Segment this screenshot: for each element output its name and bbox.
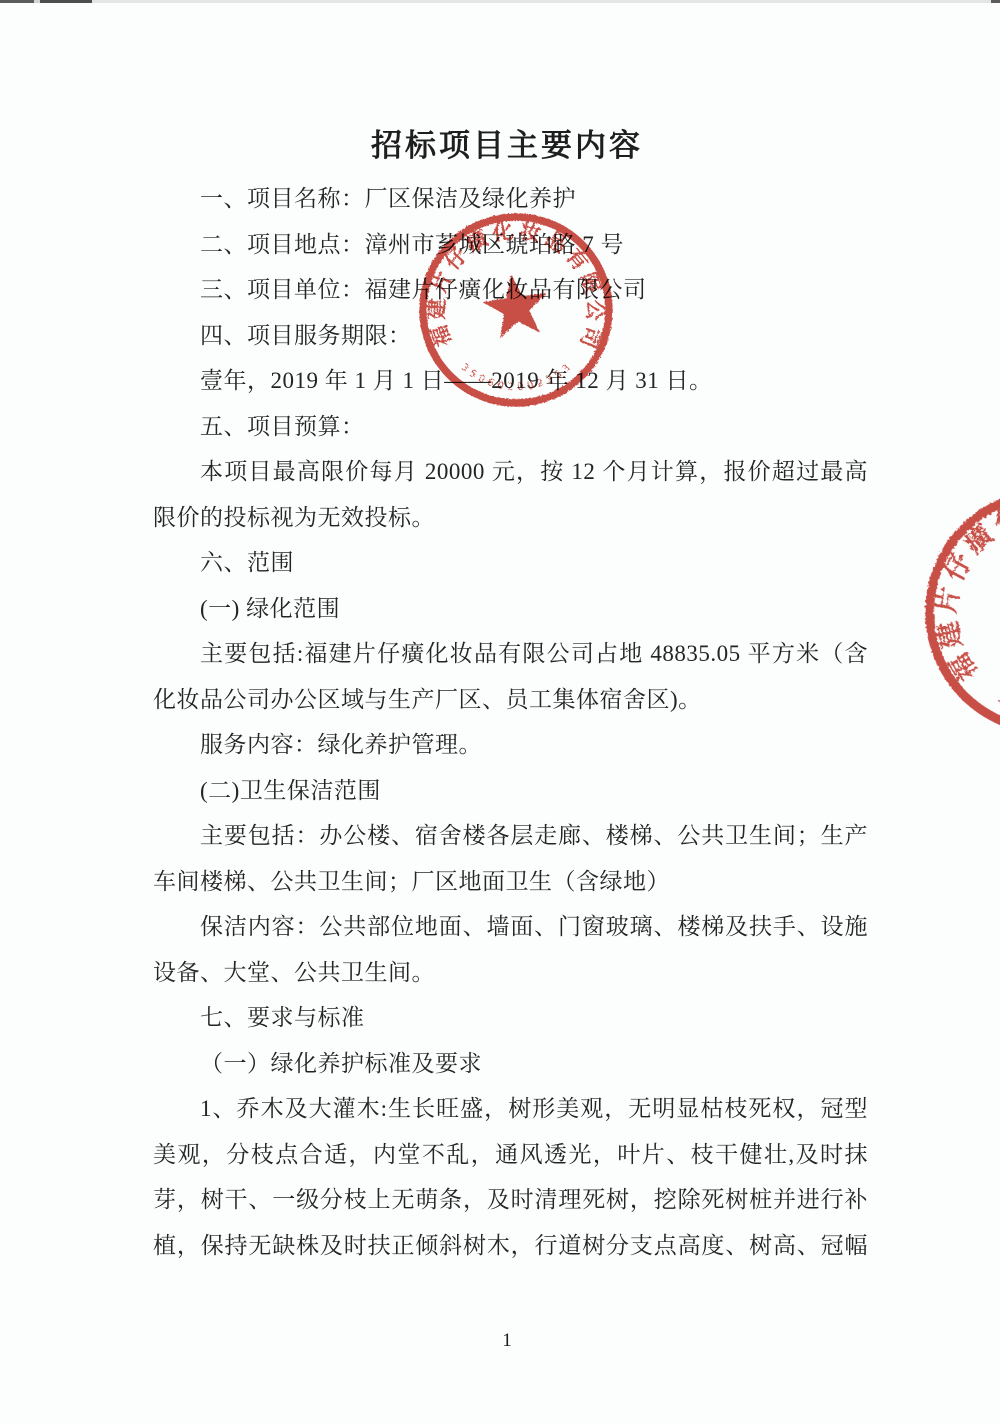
scanned-document-page: 招标项目主要内容 一、项目名称：厂区保洁及绿化养护二、项目地点：漳州市芗城区琥珀… <box>0 0 1000 1425</box>
svg-text:福建片仔癀化妆品有限公司: 福建片仔癀化妆品有限公司 <box>908 472 1000 695</box>
document-line: 主要包括:福建片仔癀化妆品有限公司占地 48835.05 平方米（含 <box>153 631 868 677</box>
page-number: 1 <box>0 1330 1000 1352</box>
document-line: 主要包括：办公楼、宿舍楼各层走廊、楼梯、公共卫生间；生产 <box>153 813 868 859</box>
document-line: 限价的投标视为无效投标。 <box>153 495 868 541</box>
document-line: 保洁内容：公共部位地面、墙面、门窗玻璃、楼梯及扶手、设施 <box>153 904 868 950</box>
document-line: 本项目最高限价每月 20000 元，按 12 个月计算，报价超过最高 <box>153 449 868 495</box>
document-line: 服务内容：绿化养护管理。 <box>153 722 868 768</box>
company-seal: 福建片仔癀化妆品有限公司 350602002353 <box>406 200 626 420</box>
document-line: 设备、大堂、公共卫生间。 <box>153 950 868 996</box>
document-line: 1、乔木及大灌木:生长旺盛，树形美观，无明显枯枝死权，冠型 <box>153 1086 868 1132</box>
document-line: (二)卫生保洁范围 <box>153 768 868 814</box>
svg-text:350602002353: 350602002353 <box>459 360 576 393</box>
seal-star-icon <box>991 553 1000 659</box>
document-line: 美观，分枝点合适，内堂不乱，通风透光，叶片、枝干健壮,及时抹 <box>153 1132 868 1178</box>
document-line: 六、范围 <box>153 540 868 586</box>
document-line: （一）绿化养护标准及要求 <box>153 1041 868 1087</box>
seal-company-text: 福建片仔癀化妆品有限公司 <box>908 472 1000 695</box>
document-line: 化妆品公司办公区域与生产厂区、员工集体宿舍区)。 <box>153 677 868 723</box>
document-line: 植，保持无缺株及时扶正倾斜树木，行道树分支点高度、树高、冠幅 <box>153 1223 868 1269</box>
document-line: 车间楼梯、公共卫生间；厂区地面卫生（含绿地） <box>153 859 868 905</box>
page-title: 招标项目主要内容 <box>7 120 1000 165</box>
document-line: 芽，树干、一级分枝上无萌条，及时清理死树，挖除死树桩并进行补 <box>153 1177 868 1223</box>
scan-edge-artifact <box>0 0 1000 3</box>
seal-number-text: 350602002353 <box>459 360 576 393</box>
seal-star-icon <box>479 270 552 340</box>
document-line: (一) 绿化范围 <box>153 586 868 632</box>
company-seal-partial: 福建片仔癀化妆品有限公司 350602002353 <box>908 472 1000 752</box>
document-line: 七、要求与标准 <box>153 995 868 1041</box>
